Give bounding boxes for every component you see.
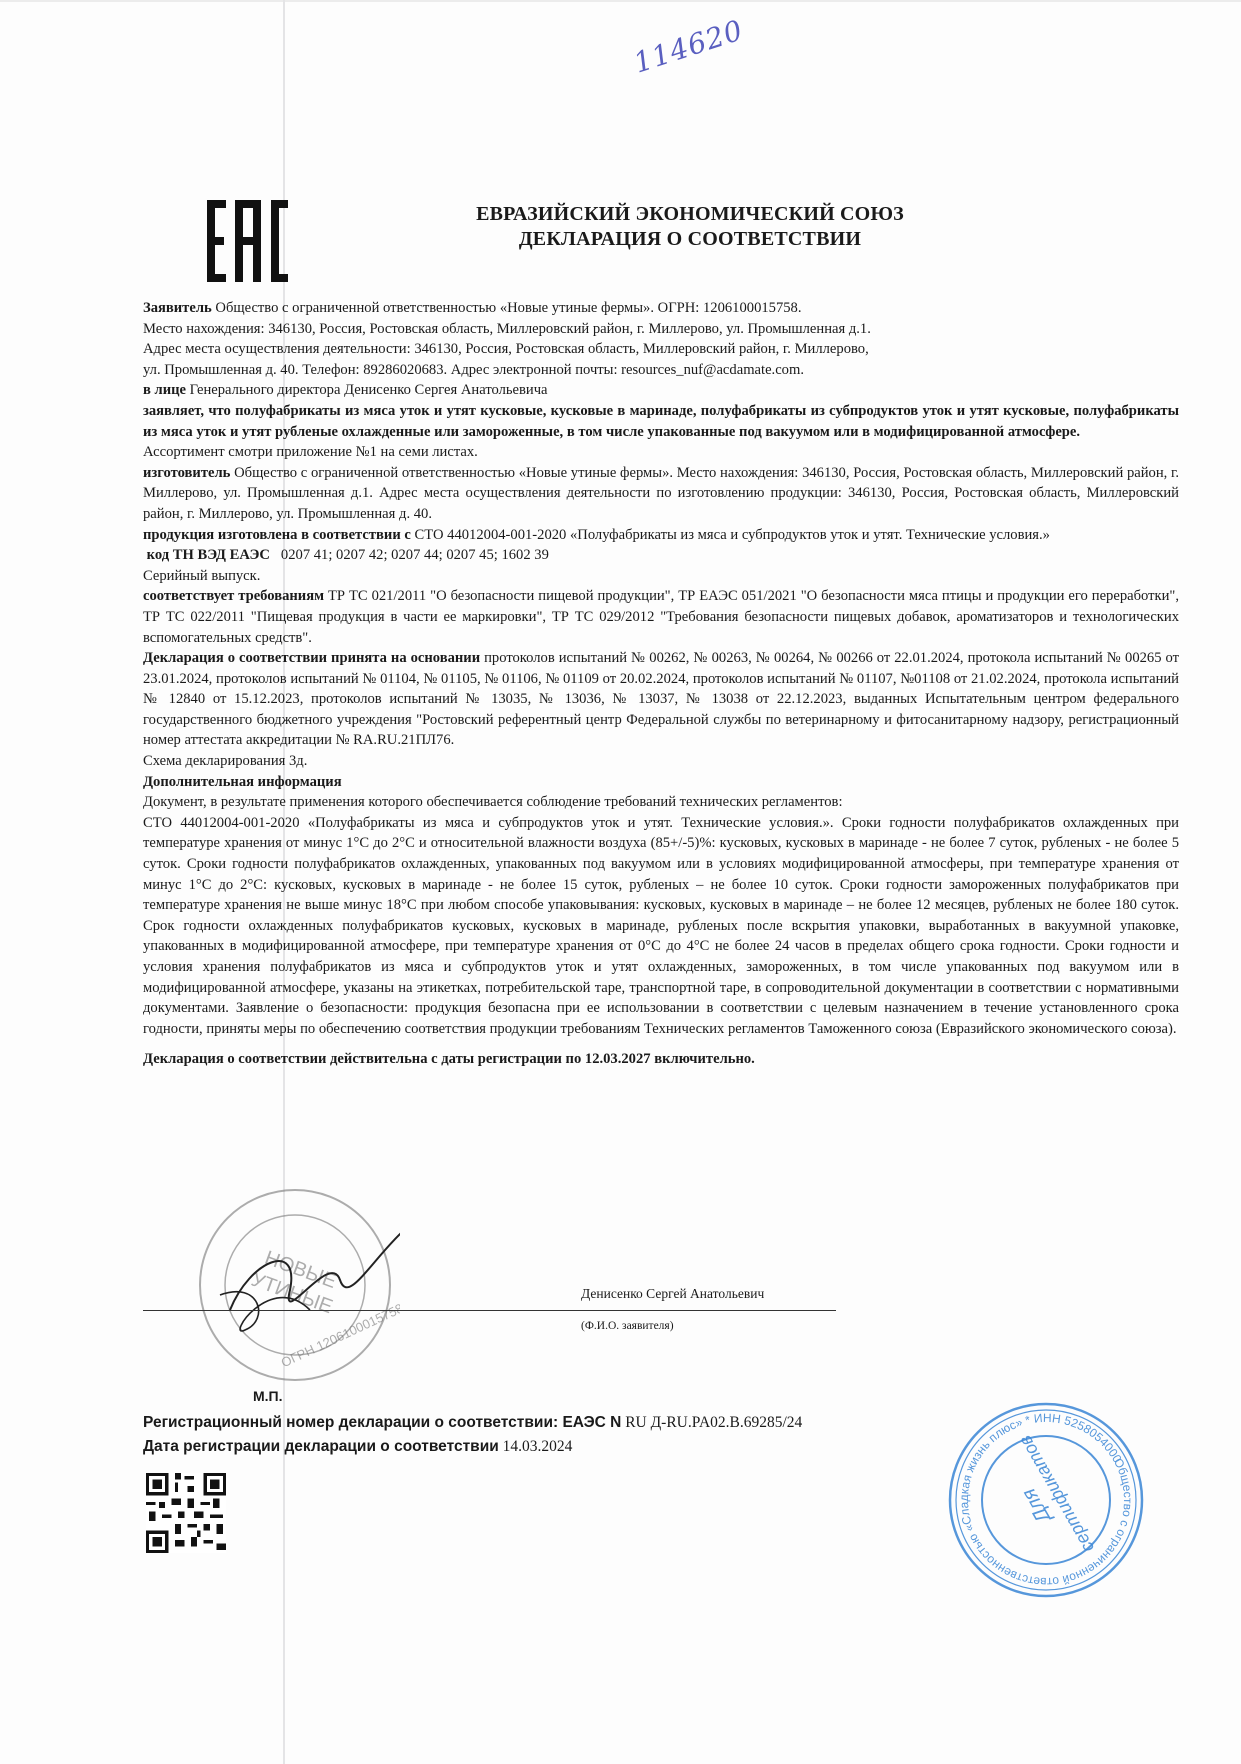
stamp-place-label: М.П.: [253, 1388, 283, 1404]
standard-label: продукция изготовлена в соответствии с: [143, 527, 411, 543]
applicant-text: Общество с ограниченной ответственностью…: [212, 300, 802, 316]
qr-code-icon[interactable]: [146, 1473, 226, 1553]
declaration-scheme: Схема декларирования 3д.: [143, 751, 1179, 772]
manufacturer-block: изготовитель Общество с ограниченной отв…: [143, 463, 1179, 525]
assortment-note: Ассортимент смотри приложение №1 на семи…: [143, 442, 1179, 463]
certification-stamp-icon: Общество с ограниченной ответственностью…: [946, 1400, 1146, 1600]
additional-info-heading: Дополнительная информация: [143, 772, 1179, 793]
registration-number-line: Регистрационный номер декларации о соотв…: [143, 1411, 802, 1435]
registration-number-value: RU Д-RU.PA02.B.69285/24: [621, 1414, 802, 1431]
applicant-line: Заявитель Общество с ограниченной ответс…: [143, 298, 1179, 319]
scan-edge-top: [0, 0, 1241, 2]
hs-code-line: код ТН ВЭД ЕАЭС 0207 41; 0207 42; 0207 4…: [143, 545, 1179, 566]
basis-label: Декларация о соответствии принята на осн…: [143, 650, 480, 666]
additional-info-intro: Документ, в результате применения которо…: [143, 792, 1179, 813]
serial-release: Серийный выпуск.: [143, 566, 1179, 587]
svg-text:Общество с ограниченной ответс: Общество с ограниченной ответственностью…: [946, 1400, 1146, 1600]
signatory-caption: (Ф.И.О. заявителя): [581, 1320, 674, 1332]
name-line: [578, 1310, 836, 1311]
applicant-activity-address-2: ул. Промышленная д. 40. Телефон: 8928602…: [143, 360, 1179, 381]
basis-block: Декларация о соответствии принята на осн…: [143, 648, 1179, 751]
declaration-statement: заявляет, что полуфабрикаты из мяса уток…: [143, 401, 1179, 442]
applicant-activity-address-1: Адрес места осуществления деятельности: …: [143, 339, 1179, 360]
additional-info-body: СТО 44012004-001-2020 «Полуфабрикаты из …: [143, 813, 1179, 1040]
declaration-body: Заявитель Общество с ограниченной ответс…: [143, 298, 1179, 1070]
registration-number-label: Регистрационный номер декларации о соотв…: [143, 1414, 621, 1431]
validity-statement: Декларация о соответствии действительна …: [143, 1049, 1179, 1070]
manufacturer-label: изготовитель: [143, 465, 230, 481]
document-header: ЕВРАЗИЙСКИЙ ЭКОНОМИЧЕСКИЙ СОЮЗ ДЕКЛАРАЦИ…: [300, 202, 1080, 252]
applicant-location: Место нахождения: 346130, Россия, Ростов…: [143, 319, 1179, 340]
registration-date-label: Дата регистрации декларации о соответств…: [143, 1438, 499, 1455]
compliance-label: соответствует требованиям: [143, 588, 324, 604]
eac-logo-icon: [207, 200, 287, 282]
registration-date-line: Дата регистрации декларации о соответств…: [143, 1435, 802, 1459]
registration-block: Регистрационный номер декларации о соотв…: [143, 1411, 802, 1459]
company-seal-icon: НОВЫЕ УТИНЫЕ ОГРН 1206100015758: [190, 1180, 400, 1390]
representative-line: в лице Генерального директора Денисенко …: [143, 380, 1179, 401]
declaration-title: ДЕКЛАРАЦИЯ О СООТВЕТСТВИИ: [300, 227, 1080, 252]
compliance-block: соответствует требованиям ТР ТС 021/2011…: [143, 586, 1179, 648]
standard-text: СТО 44012004-001-2020 «Полуфабрикаты из …: [411, 527, 1050, 543]
manufacturer-text: Общество с ограниченной ответственностью…: [143, 465, 1179, 522]
applicant-label: Заявитель: [143, 300, 212, 316]
hs-code-label: код ТН ВЭД ЕАЭС: [147, 547, 270, 563]
representative-label: в лице: [143, 382, 186, 398]
hs-code-value: 0207 41; 0207 42; 0207 44; 0207 45; 1602…: [281, 547, 549, 563]
representative-text: Генерального директора Денисенко Сергея …: [186, 382, 548, 398]
handwritten-number: 114620: [630, 13, 748, 79]
registration-date-value: 14.03.2024: [499, 1438, 573, 1455]
standard-block: продукция изготовлена в соответствии с С…: [143, 525, 1179, 546]
signature-line: [143, 1310, 608, 1311]
signatory-name: Денисенко Сергей Анатольевич: [581, 1286, 764, 1302]
union-title: ЕВРАЗИЙСКИЙ ЭКОНОМИЧЕСКИЙ СОЮЗ: [300, 202, 1080, 227]
